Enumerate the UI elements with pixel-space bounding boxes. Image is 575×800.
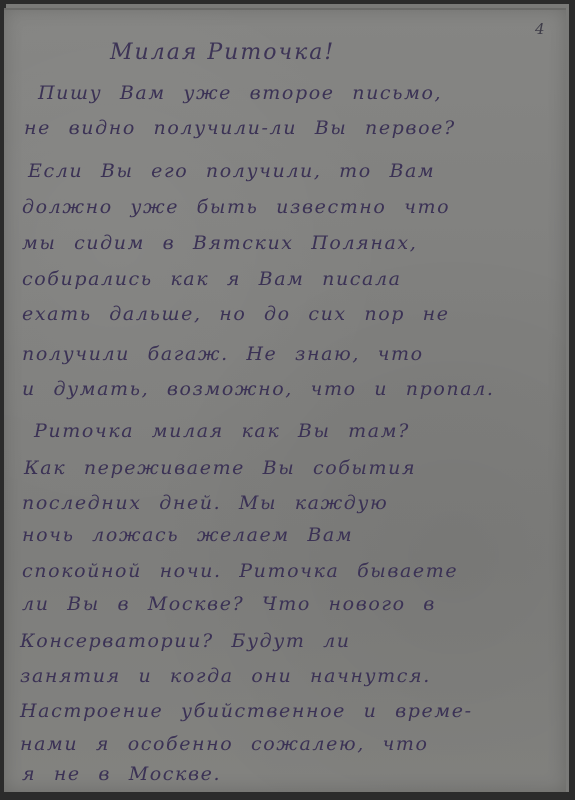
letter-line: Как переживаете Вы события	[24, 457, 557, 479]
letter-line: Пишу Вам уже второе письмо,	[38, 82, 557, 104]
letter-line: последних дней. Мы каждую	[22, 492, 557, 514]
letter-line: Настроение убийственное и време-	[20, 700, 557, 722]
letter-line: занятия и когда они начнутся.	[20, 665, 557, 687]
letter-line: собирались как я Вам писала	[22, 268, 557, 290]
letter-line: и думать, возможно, что и пропал.	[22, 378, 557, 400]
letter-salutation: Милая Риточка!	[110, 40, 335, 65]
letter-line: ли Вы в Москве? Что нового в	[22, 593, 557, 615]
letter-line: ночь ложась желаем Вам	[22, 524, 557, 546]
page-number: 4	[535, 20, 545, 38]
letter-line: Консерватории? Будут ли	[20, 630, 557, 652]
letter-line: ехать дальше, но до сих пор не	[22, 303, 557, 325]
letter-line: я не в Москве.	[22, 763, 557, 785]
letter-line: нами я особенно сожалею, что	[20, 733, 557, 755]
letter-line: должно уже быть известно что	[22, 196, 557, 218]
letter-line: Риточка милая как Вы там?	[34, 420, 557, 442]
letter-line: получили багаж. Не знаю, что	[22, 343, 557, 365]
letter-line: не видно получили-ли Вы первое?	[24, 117, 557, 139]
letter-line: мы сидим в Вятских Полянах,	[22, 232, 557, 254]
letter-line: спокойной ночи. Риточка бываете	[22, 560, 557, 582]
letter-line: Если Вы его получили, то Вам	[28, 160, 557, 182]
paper-top-edge	[4, 8, 566, 10]
